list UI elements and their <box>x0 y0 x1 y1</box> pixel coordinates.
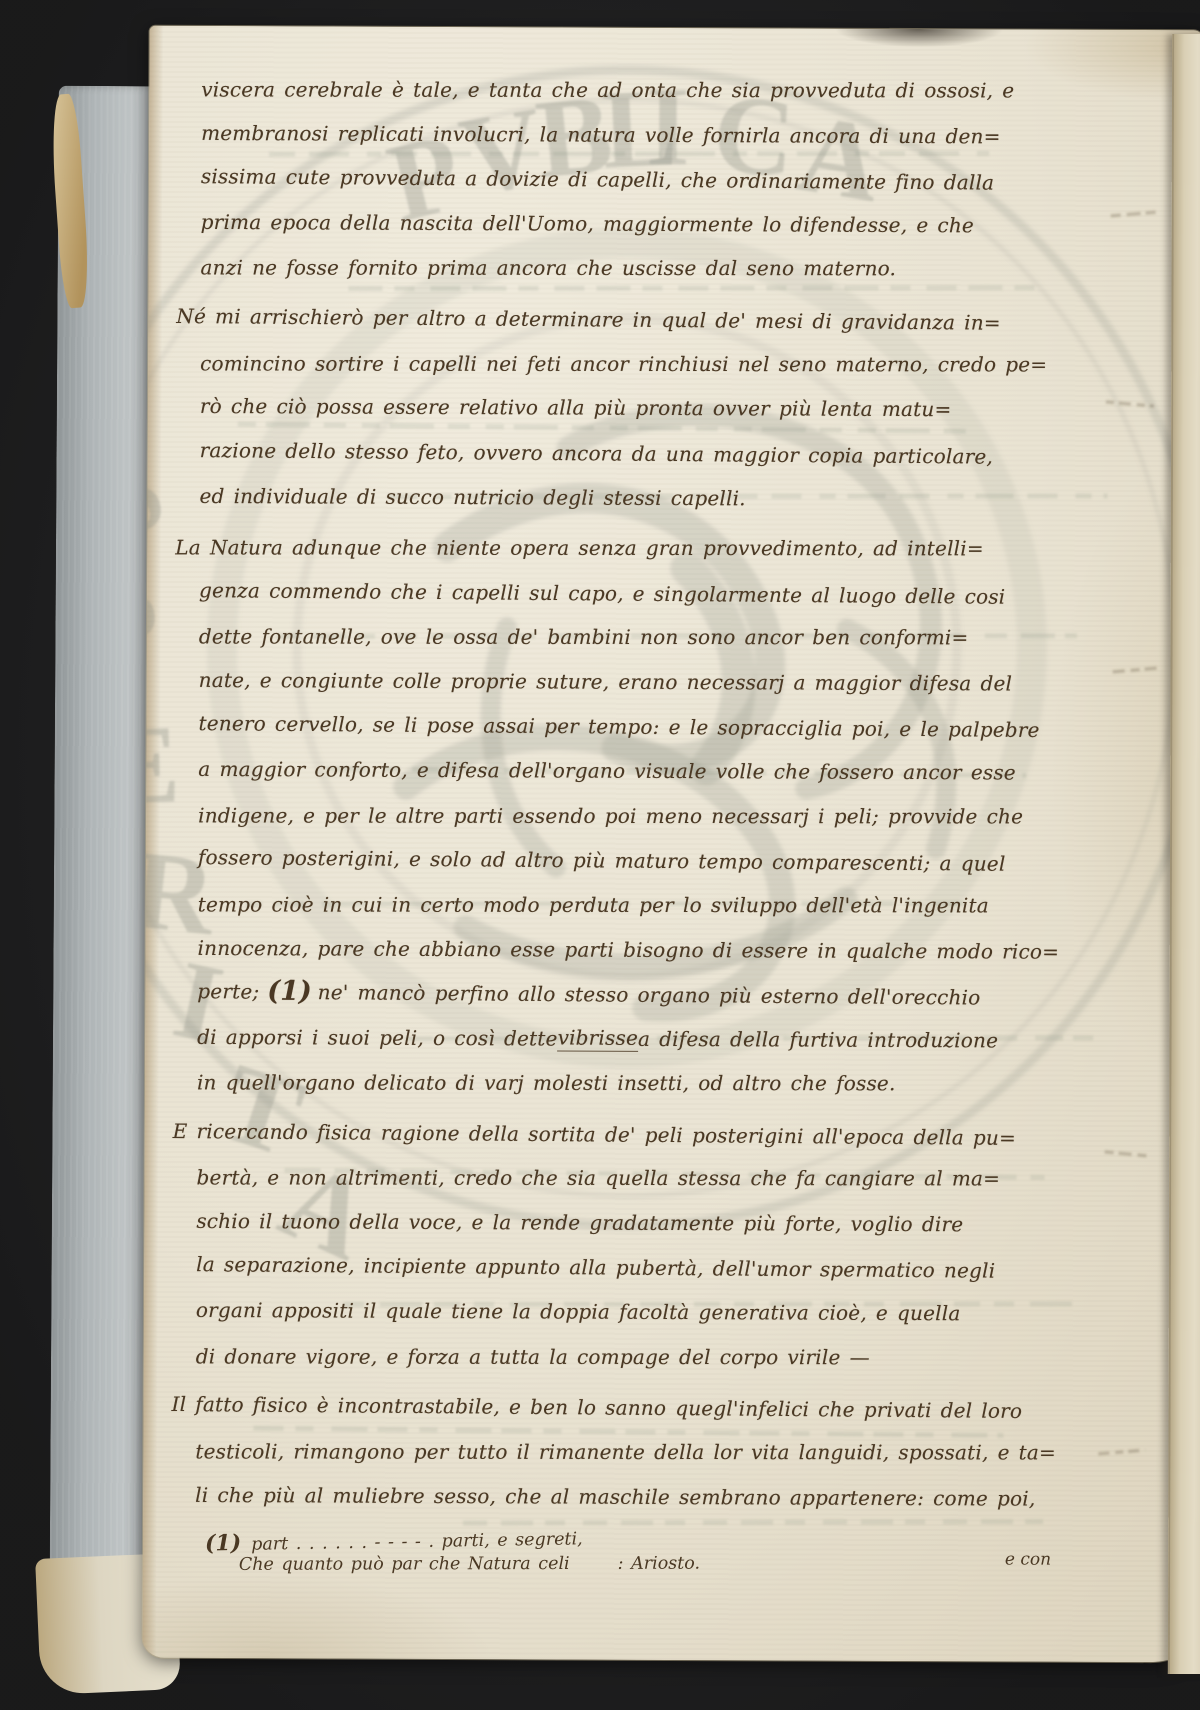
manuscript-line: La Natura adunque che niente opera senza… <box>175 525 1149 571</box>
manuscript-line: tenero cervello, se li pose assai per te… <box>198 701 1148 753</box>
manuscript-line: innocenza, pare che abbiano esse parti b… <box>197 925 1147 974</box>
manuscript-line: Né mi arrischierò per altro a determinar… <box>176 294 1150 347</box>
manuscript-page: PVBLICASPERITA <box>142 26 1200 1663</box>
manuscript-line: testicoli, rimangono per tutto il rimane… <box>195 1429 1145 1475</box>
book-page-edge-blue <box>49 86 157 1653</box>
manuscript-line: razione dello stesso feto, ovvero ancora… <box>200 428 1150 480</box>
manuscript-line: rò che ciò possa essere relativo alla pi… <box>200 384 1150 433</box>
manuscript-line: genza commendo che i capelli sul capo, e… <box>199 568 1149 620</box>
footnote: (1) part . . . . . . ‐ ‐ ‐ ‐ . parti, e … <box>205 1522 1025 1576</box>
manuscript-line: viscera cerebrale è tale, e tanta che ad… <box>201 67 1151 113</box>
footnote-text-1: part . . . . . . ‐ ‐ ‐ ‐ . parti, e segr… <box>251 1529 583 1554</box>
svg-text:E: E <box>142 702 181 828</box>
manuscript-line: dette fontanelle, ove le ossa de' bambin… <box>199 615 1149 661</box>
manuscript-line: nate, e congiunte colle proprie suture, … <box>199 658 1149 707</box>
footnote-line-2: Che quanto può par che Natura celi : Ari… <box>239 1553 1025 1575</box>
manuscript-line: di apporsi i suoi peli, o così dette vib… <box>197 1014 1147 1063</box>
manuscript-line: membranosi replicati involucri, la natur… <box>201 111 1151 160</box>
manuscript-line: schio il tuono della voce, e la rende gr… <box>196 1199 1146 1248</box>
manuscript-text-block: viscera cerebrale è tale, e tanta che ad… <box>195 66 1151 1521</box>
manuscript-line: sissima cute provveduta a dovizie di cap… <box>201 154 1151 206</box>
manuscript-line: in quell'organo delicato di varj molesti… <box>197 1060 1147 1106</box>
manuscript-line: perte; (1) ne' mancò perfino allo stesso… <box>197 969 1147 1021</box>
footnote-attribution: : Ariosto. <box>618 1554 700 1574</box>
manuscript-line: la separazione, incipiente appunto alla … <box>196 1243 1146 1295</box>
catchword: e con <box>1005 1549 1051 1569</box>
manuscript-line: E ricercando fisica ragione della sortit… <box>173 1109 1147 1162</box>
manuscript-line: bertà, e non altrimenti, credo che sia q… <box>197 1156 1147 1202</box>
manuscript-line: tempo cioè in cui in certo modo perduta … <box>198 882 1148 928</box>
svg-text:S: S <box>142 427 178 564</box>
manuscript-line: a maggior conforto, e difesa dell'organo… <box>198 747 1148 796</box>
fore-edge-band-right <box>1168 34 1200 1674</box>
manuscript-line: Il fatto fisico è incontrastabile, e ben… <box>171 1382 1145 1435</box>
inline-footnote-mark: (1) <box>267 975 312 1006</box>
manuscript-line: ed individuale di succo nutricio degli s… <box>199 473 1149 522</box>
footnote-marker: (1) <box>205 1530 242 1557</box>
manuscript-line: organi appositi il quale tiene la doppia… <box>196 1288 1146 1337</box>
manuscript-line: li che più al muliebre sesso, che al mas… <box>195 1472 1145 1521</box>
svg-text:P: P <box>142 566 167 698</box>
footnote-text-2: Che quanto può par che Natura celi <box>239 1554 570 1575</box>
manuscript-line: anzi ne fosse fornito prima ancora che u… <box>200 246 1150 292</box>
underlined-word: vibrisse <box>558 1025 639 1051</box>
footnote-line-1: (1) part . . . . . . ‐ ‐ ‐ ‐ . parti, e … <box>205 1517 1025 1557</box>
manuscript-line: fossero posterigini, e solo ad altro più… <box>198 835 1148 887</box>
manuscript-line: indigene, e per le altre parti essendo p… <box>198 793 1148 839</box>
photographed-manuscript-scene: PVBLICASPERITA <box>0 0 1200 1710</box>
manuscript-line: di donare vigore, e forza a tutta la com… <box>196 1334 1146 1380</box>
manuscript-lines: viscera cerebrale è tale, e tanta che ad… <box>195 66 1151 1521</box>
manuscript-line: comincino sortire i capelli nei feti anc… <box>200 341 1150 387</box>
manuscript-line: prima epoca della nascita dell'Uomo, mag… <box>201 200 1151 249</box>
